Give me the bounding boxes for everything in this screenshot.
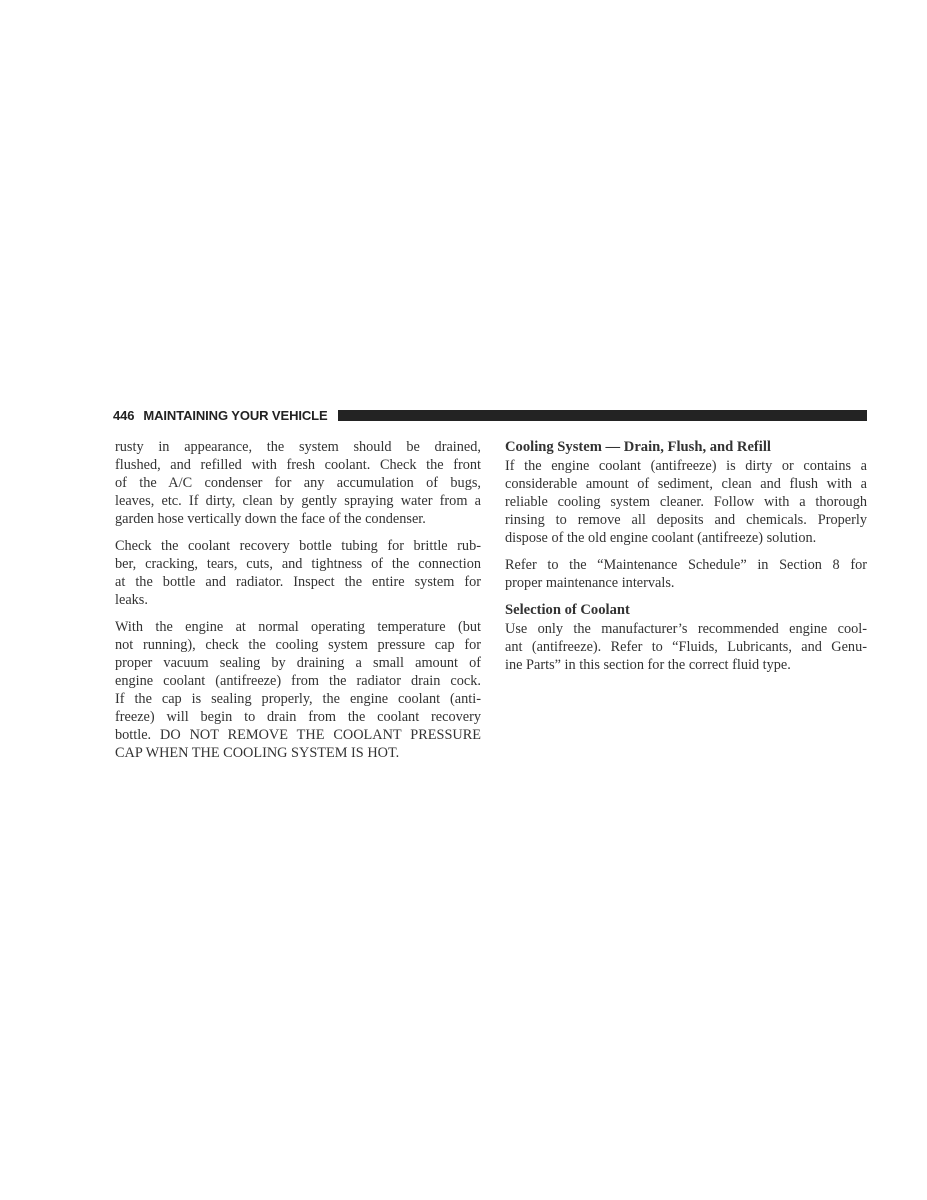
left-column: rusty in appearance, the system should b… xyxy=(115,438,481,762)
text-line: ine Parts” in this section for the corre… xyxy=(505,656,867,674)
text-line: If the engine coolant (antifreeze) is di… xyxy=(505,457,867,475)
section-heading: Cooling System — Drain, Flush, and Refil… xyxy=(505,438,867,456)
text-line: Check the coolant recovery bottle tubing… xyxy=(115,537,481,555)
text-columns: rusty in appearance, the system should b… xyxy=(115,438,867,762)
running-header: 446 MAINTAINING YOUR VEHICLE xyxy=(113,406,867,424)
paragraph: Refer to the “Maintenance Schedule” in S… xyxy=(505,556,867,592)
text-line: garden hose vertically down the face of … xyxy=(115,510,481,528)
manual-page: 446 MAINTAINING YOUR VEHICLE rusty in ap… xyxy=(0,0,927,1200)
paragraph: With the engine at normal operating temp… xyxy=(115,618,481,762)
right-column: Cooling System — Drain, Flush, and Refil… xyxy=(505,438,867,762)
paragraph: If the engine coolant (antifreeze) is di… xyxy=(505,457,867,547)
paragraph: rusty in appearance, the system should b… xyxy=(115,438,481,528)
page-number: 446 xyxy=(113,408,134,423)
text-line: dispose of the old engine coolant (antif… xyxy=(505,529,867,547)
text-line: proper maintenance intervals. xyxy=(505,574,867,592)
text-line: flushed, and refilled with fresh coolant… xyxy=(115,456,481,474)
text-line: leaves, etc. If dirty, clean by gently s… xyxy=(115,492,481,510)
text-line: rinsing to remove all deposits and chemi… xyxy=(505,511,867,529)
header-rule-bar xyxy=(338,410,867,421)
text-line: considerable amount of sediment, clean a… xyxy=(505,475,867,493)
paragraph: Use only the manufacturer’s recommended … xyxy=(505,620,867,674)
text-line: leaks. xyxy=(115,591,481,609)
text-line: With the engine at normal operating temp… xyxy=(115,618,481,636)
text-line: ant (antifreeze). Refer to “Fluids, Lubr… xyxy=(505,638,867,656)
text-line: bottle. DO NOT REMOVE THE COOLANT PRESSU… xyxy=(115,726,481,744)
text-line: rusty in appearance, the system should b… xyxy=(115,438,481,456)
text-line: If the cap is sealing properly, the engi… xyxy=(115,690,481,708)
text-line: Use only the manufacturer’s recommended … xyxy=(505,620,867,638)
text-line: Refer to the “Maintenance Schedule” in S… xyxy=(505,556,867,574)
text-line: proper vacuum sealing by draining a smal… xyxy=(115,654,481,672)
text-line: engine coolant (antifreeze) from the rad… xyxy=(115,672,481,690)
text-line: reliable cooling system cleaner. Follow … xyxy=(505,493,867,511)
text-line: at the bottle and radiator. Inspect the … xyxy=(115,573,481,591)
section-heading: Selection of Coolant xyxy=(505,601,867,619)
text-line: of the A/C condenser for any accumulatio… xyxy=(115,474,481,492)
text-line: freeze) will begin to drain from the coo… xyxy=(115,708,481,726)
text-line: ber, cracking, tears, cuts, and tightnes… xyxy=(115,555,481,573)
text-line: CAP WHEN THE COOLING SYSTEM IS HOT. xyxy=(115,744,481,762)
header-title: MAINTAINING YOUR VEHICLE xyxy=(143,408,327,423)
paragraph: Check the coolant recovery bottle tubing… xyxy=(115,537,481,609)
text-line: not running), check the cooling system p… xyxy=(115,636,481,654)
